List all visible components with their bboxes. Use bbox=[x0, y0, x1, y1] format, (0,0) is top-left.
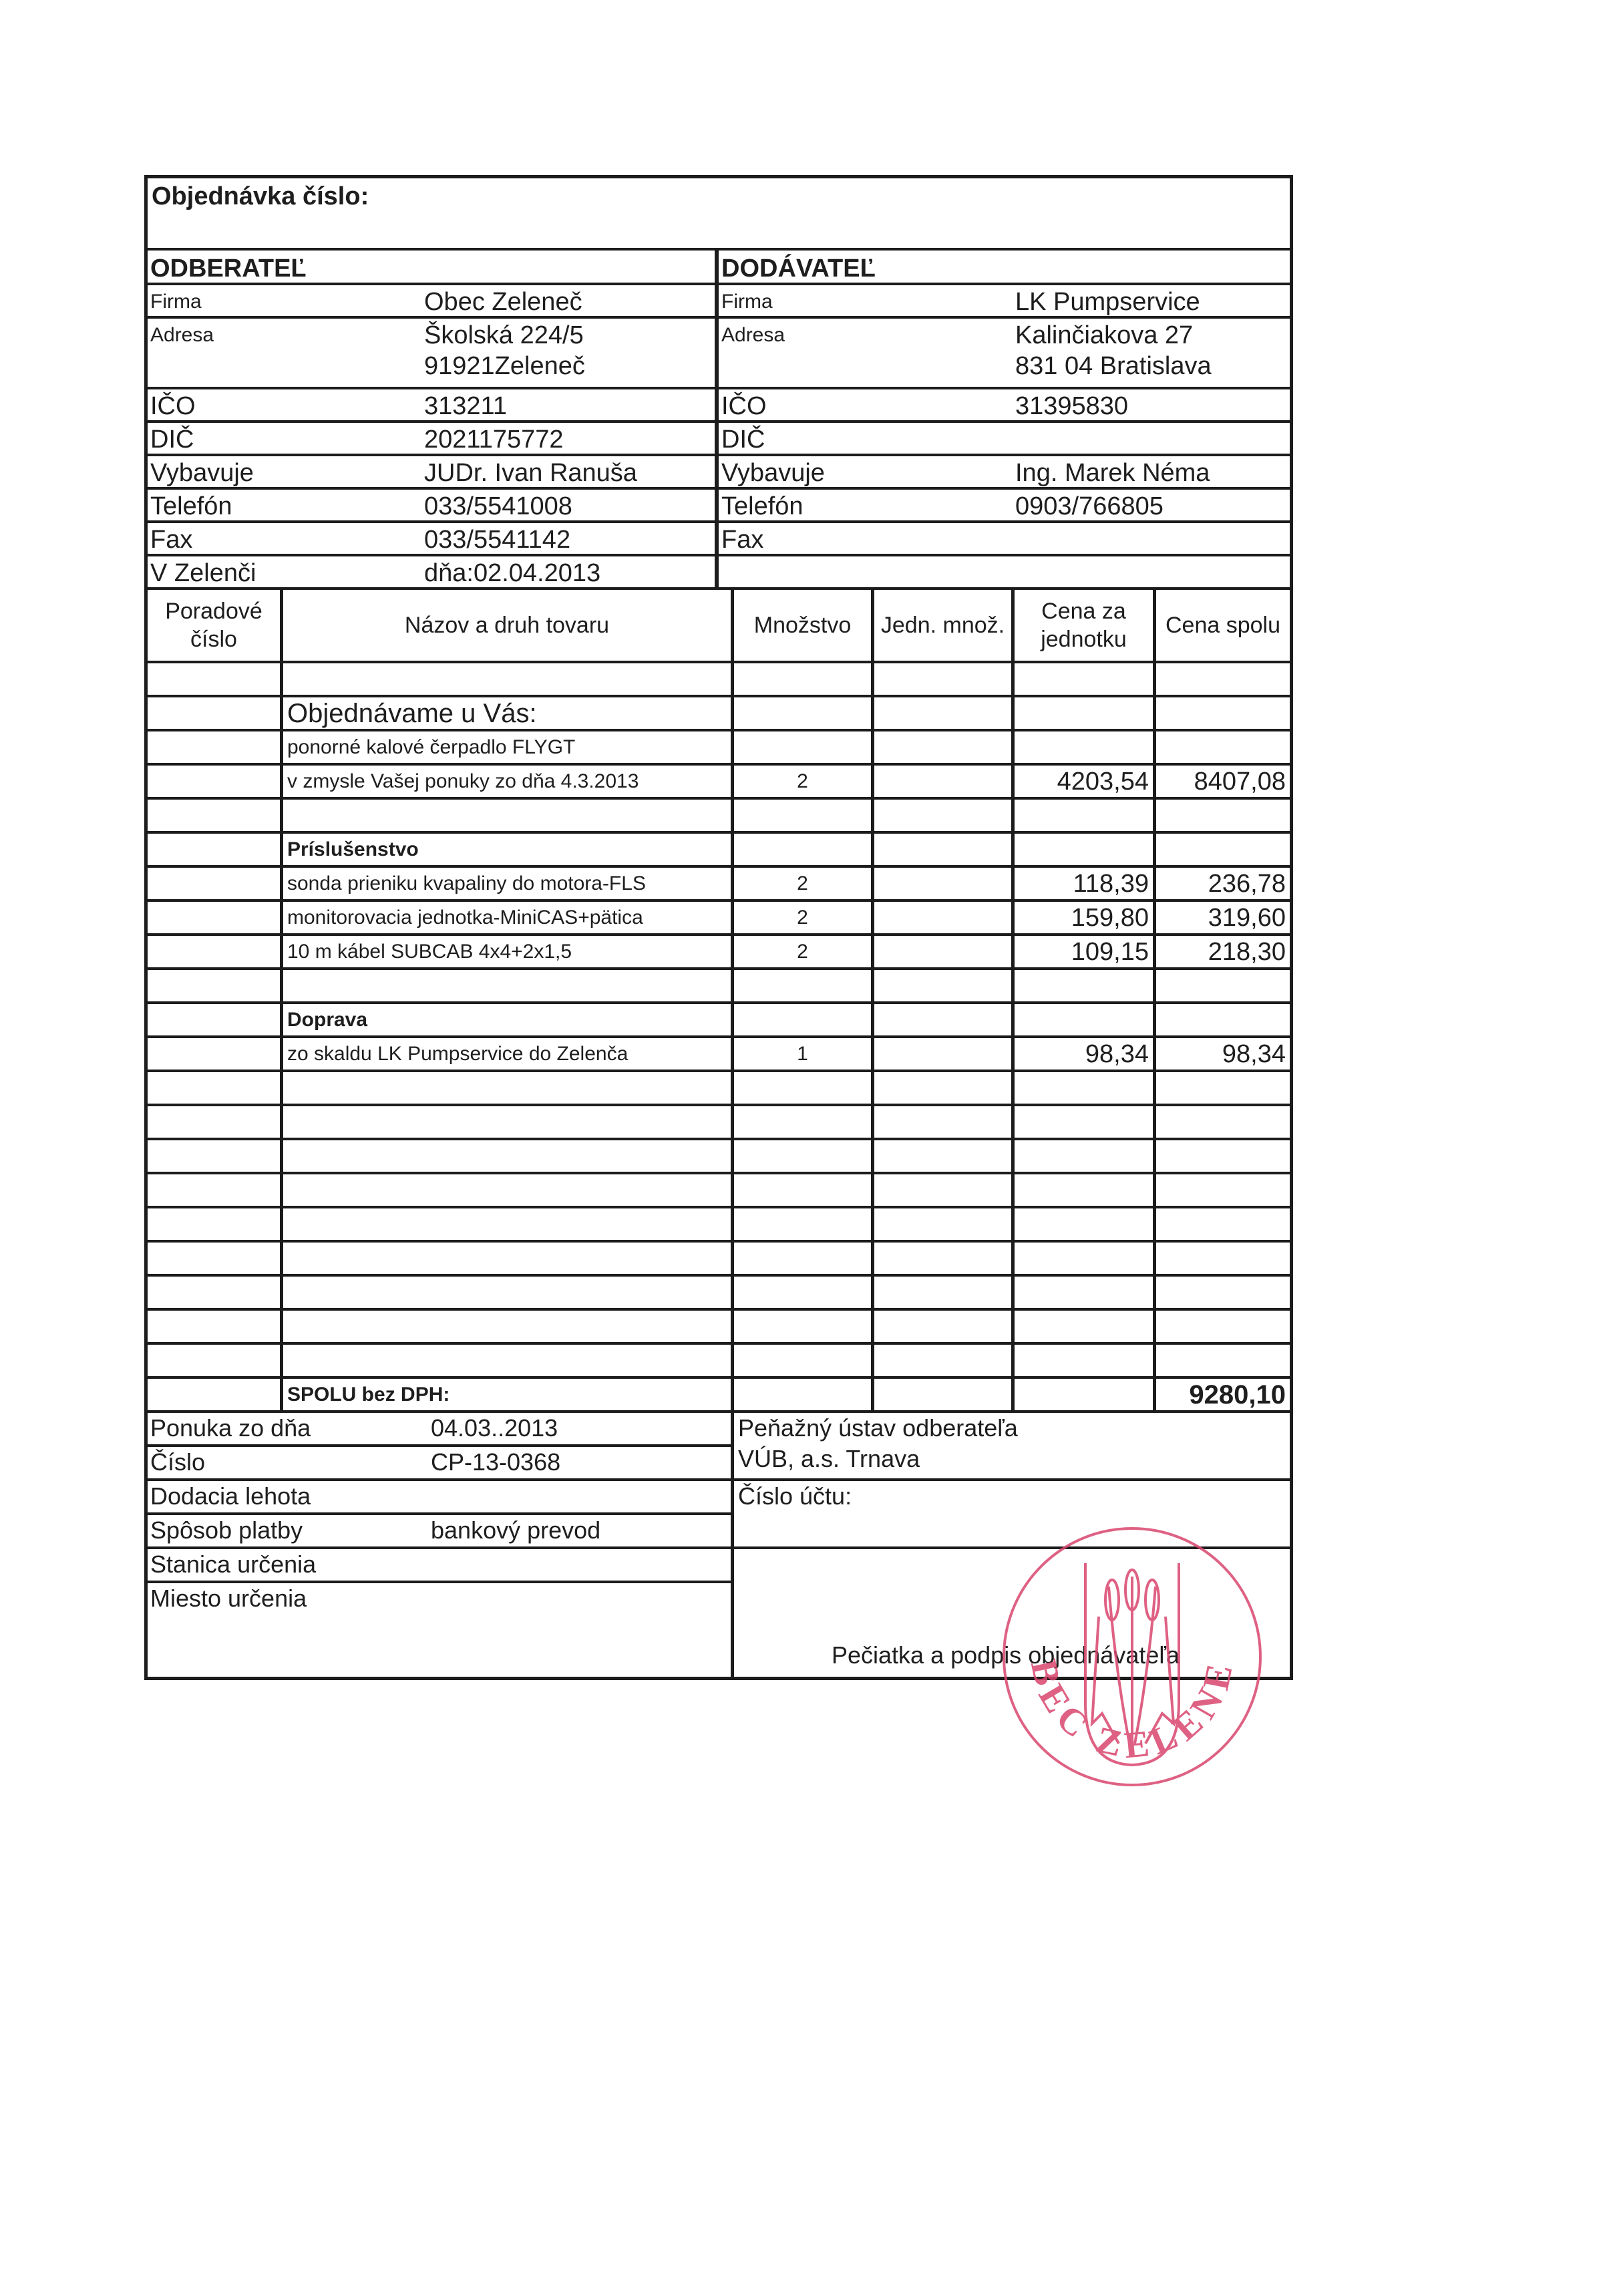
total-price-cell bbox=[1015, 1379, 1156, 1410]
buyer-contact-row: Vybavuje JUDr. Ivan Ranuša bbox=[148, 456, 715, 490]
item-no-cell bbox=[148, 1208, 283, 1240]
signature-label: Pečiatka a podpis objednávateľa bbox=[832, 1640, 1180, 1671]
item-no-cell bbox=[148, 1174, 283, 1206]
item-unit-price-cell bbox=[1015, 731, 1156, 763]
buyer-contact-value: JUDr. Ivan Ranuša bbox=[421, 456, 715, 487]
item-total-cell bbox=[1156, 970, 1290, 1001]
item-no-cell bbox=[148, 766, 283, 797]
supplier-ico-value: 31395830 bbox=[1013, 389, 1290, 420]
item-unit-price-cell: 98,34 bbox=[1015, 1038, 1156, 1070]
item-no-cell bbox=[148, 800, 283, 831]
item-unit-price-cell bbox=[1015, 1208, 1156, 1240]
destination-place-value bbox=[431, 1583, 731, 1677]
item-unit-cell bbox=[874, 800, 1015, 831]
field-label: Spôsob platby bbox=[148, 1515, 431, 1546]
item-unit-price-cell bbox=[1015, 1072, 1156, 1104]
field-label: Fax bbox=[148, 523, 421, 554]
field-label: Firma bbox=[148, 285, 421, 316]
buyer-dic-value: 2021175772 bbox=[421, 423, 715, 454]
item-unit-price-cell bbox=[1015, 1311, 1156, 1342]
col-header-unit: Jedn. množ. bbox=[874, 590, 1015, 661]
item-total-cell bbox=[1156, 1140, 1290, 1172]
item-total-cell bbox=[1156, 663, 1290, 695]
item-qty-cell bbox=[734, 834, 874, 865]
bank-block: Peňažný ústav odberateľa VÚB, a.s. Trnav… bbox=[734, 1413, 1290, 1481]
supplier-heading: DODÁVATEĽ bbox=[719, 251, 1290, 285]
table-row: ponorné kalové čerpadlo FLYGT bbox=[148, 731, 1290, 766]
buyer-block: ODBERATEĽ Firma Obec Zeleneč Adresa Škol… bbox=[148, 251, 719, 590]
supplier-contact-value: Ing. Marek Néma bbox=[1013, 456, 1290, 487]
item-no-cell bbox=[148, 936, 283, 967]
item-no-cell bbox=[148, 1311, 283, 1342]
bank-value: VÚB, a.s. Trnava bbox=[738, 1444, 1290, 1474]
field-label: V Zelenči bbox=[148, 556, 421, 587]
table-row: Objednávame u Vás: bbox=[148, 697, 1290, 731]
item-qty-cell bbox=[734, 800, 874, 831]
field-label: Firma bbox=[719, 285, 1013, 316]
table-row bbox=[148, 1072, 1290, 1106]
payment-method-row: Spôsob platby bankový prevod bbox=[148, 1515, 731, 1549]
order-terms: Ponuka zo dňa 04.03..2013 Číslo CP-13-03… bbox=[148, 1413, 734, 1677]
destination-station-value bbox=[431, 1549, 731, 1581]
item-total-cell: 236,78 bbox=[1156, 868, 1290, 899]
item-qty-cell: 2 bbox=[734, 766, 874, 797]
destination-place-row: Miesto určenia bbox=[148, 1583, 731, 1677]
item-total-cell bbox=[1156, 834, 1290, 865]
item-unit-cell bbox=[874, 1311, 1015, 1342]
buyer-firma-value: Obec Zeleneč bbox=[421, 285, 715, 316]
order-number-label: Objednávka číslo: bbox=[152, 182, 369, 244]
item-name-cell: zo skaldu LK Pumpservice do Zelenča bbox=[283, 1038, 734, 1070]
field-label: Miesto určenia bbox=[148, 1583, 431, 1677]
buyer-date-row: V Zelenči dňa:02.04.2013 bbox=[148, 556, 715, 590]
item-unit-cell bbox=[874, 868, 1015, 899]
offer-number-row: Číslo CP-13-0368 bbox=[148, 1447, 731, 1481]
item-unit-price-cell bbox=[1015, 1174, 1156, 1206]
item-unit-price-cell bbox=[1015, 1140, 1156, 1172]
item-unit-price-cell bbox=[1015, 970, 1156, 1001]
item-unit-cell bbox=[874, 731, 1015, 763]
item-total-cell bbox=[1156, 1311, 1290, 1342]
table-row: sonda prieniku kvapaliny do motora-FLS21… bbox=[148, 868, 1290, 902]
item-name-cell: sonda prieniku kvapaliny do motora-FLS bbox=[283, 868, 734, 899]
col-header-unit-price: Cena za jednotku bbox=[1015, 590, 1156, 661]
field-label: Vybavuje bbox=[148, 456, 421, 487]
order-form: Objednávka číslo: ODBERATEĽ Firma Obec Z… bbox=[144, 175, 1293, 1680]
table-row bbox=[148, 1174, 1290, 1208]
item-qty-cell bbox=[734, 1004, 874, 1035]
item-unit-price-cell bbox=[1015, 697, 1156, 729]
field-label: DIČ bbox=[148, 423, 421, 454]
item-name-cell bbox=[283, 1106, 734, 1138]
field-label: Dodacia lehota bbox=[148, 1481, 431, 1512]
buyer-city: 91921Zeleneč bbox=[424, 351, 712, 381]
supplier-empty-row bbox=[719, 556, 1290, 590]
item-qty-cell bbox=[734, 1311, 874, 1342]
item-total-cell bbox=[1156, 1243, 1290, 1274]
item-unit-cell bbox=[874, 766, 1015, 797]
payment-method-value: bankový prevod bbox=[431, 1515, 731, 1546]
table-row bbox=[148, 1243, 1290, 1277]
item-unit-cell bbox=[874, 1106, 1015, 1138]
item-unit-cell bbox=[874, 936, 1015, 967]
field-label: Adresa bbox=[148, 319, 421, 387]
field-label: IČO bbox=[719, 389, 1013, 420]
item-name-cell: Príslušenstvo bbox=[283, 834, 734, 865]
field-label: Telefón bbox=[719, 490, 1013, 520]
item-qty-cell: 2 bbox=[734, 868, 874, 899]
item-no-cell bbox=[148, 1277, 283, 1308]
item-unit-price-cell bbox=[1015, 1243, 1156, 1274]
col-header-name: Názov a druh tovaru bbox=[283, 590, 734, 661]
item-qty-cell: 2 bbox=[734, 936, 874, 967]
buyer-ico-value: 313211 bbox=[421, 389, 715, 420]
table-row bbox=[148, 663, 1290, 697]
item-qty-cell bbox=[734, 1277, 874, 1308]
item-qty-cell bbox=[734, 1345, 874, 1376]
supplier-firma-value: LK Pumpservice bbox=[1013, 285, 1290, 316]
account-label: Číslo účtu: bbox=[738, 1481, 1290, 1512]
supplier-phone-row: Telefón 0903/766805 bbox=[719, 490, 1290, 523]
item-total-cell bbox=[1156, 1174, 1290, 1206]
item-qty-cell bbox=[734, 1243, 874, 1274]
buyer-address-row: Adresa Školská 224/5 91921Zeleneč bbox=[148, 319, 715, 389]
supplier-ico-row: IČO 31395830 bbox=[719, 389, 1290, 423]
item-unit-cell bbox=[874, 697, 1015, 729]
item-qty-cell bbox=[734, 1208, 874, 1240]
item-name-cell: v zmysle Vašej ponuky zo dňa 4.3.2013 bbox=[283, 766, 734, 797]
item-unit-cell bbox=[874, 902, 1015, 933]
item-name-cell bbox=[283, 1311, 734, 1342]
supplier-fax-row: Fax bbox=[719, 523, 1290, 556]
item-name-cell bbox=[283, 1208, 734, 1240]
item-unit-cell bbox=[874, 1243, 1015, 1274]
parties-section: ODBERATEĽ Firma Obec Zeleneč Adresa Škol… bbox=[148, 251, 1290, 590]
item-unit-price-cell bbox=[1015, 1004, 1156, 1035]
item-unit-price-cell: 4203,54 bbox=[1015, 766, 1156, 797]
table-row bbox=[148, 1311, 1290, 1345]
buyer-phone-value: 033/5541008 bbox=[421, 490, 715, 520]
field-label: DIČ bbox=[719, 423, 1013, 454]
item-total-cell bbox=[1156, 731, 1290, 763]
item-no-cell bbox=[148, 868, 283, 899]
item-unit-cell bbox=[874, 970, 1015, 1001]
total-label: SPOLU bez DPH: bbox=[283, 1379, 734, 1410]
item-qty-cell bbox=[734, 1072, 874, 1104]
item-unit-cell bbox=[874, 1174, 1015, 1206]
items-header: Poradové číslo Názov a druh tovaru Množs… bbox=[148, 590, 1290, 663]
table-row bbox=[148, 1345, 1290, 1379]
item-total-cell bbox=[1156, 1004, 1290, 1035]
item-unit-price-cell bbox=[1015, 1345, 1156, 1376]
table-row: v zmysle Vašej ponuky zo dňa 4.3.2013242… bbox=[148, 766, 1290, 800]
supplier-fax-value bbox=[1013, 523, 1290, 554]
table-row bbox=[148, 970, 1290, 1004]
table-row bbox=[148, 1208, 1290, 1243]
buyer-ico-row: IČO 313211 bbox=[148, 389, 715, 423]
table-row: Doprava bbox=[148, 1004, 1290, 1038]
field-label: Stanica určenia bbox=[148, 1549, 431, 1581]
table-row bbox=[148, 1106, 1290, 1140]
item-qty-cell bbox=[734, 1174, 874, 1206]
delivery-term-row: Dodacia lehota bbox=[148, 1481, 731, 1515]
item-total-cell bbox=[1156, 697, 1290, 729]
item-qty-cell: 2 bbox=[734, 902, 874, 933]
item-name-cell bbox=[283, 1243, 734, 1274]
field-label: Adresa bbox=[719, 319, 1013, 387]
field-label: Telefón bbox=[148, 490, 421, 520]
item-unit-price-cell bbox=[1015, 663, 1156, 695]
item-name-cell bbox=[283, 1072, 734, 1104]
item-no-cell bbox=[148, 1106, 283, 1138]
col-header-no: Poradové číslo bbox=[148, 590, 283, 661]
bank-label: Peňažný ústav odberateľa bbox=[738, 1413, 1290, 1444]
supplier-contact-row: Vybavuje Ing. Marek Néma bbox=[719, 456, 1290, 490]
offer-date-row: Ponuka zo dňa 04.03..2013 bbox=[148, 1413, 731, 1447]
item-total-cell bbox=[1156, 800, 1290, 831]
buyer-phone-row: Telefón 033/5541008 bbox=[148, 490, 715, 523]
item-name-cell bbox=[283, 1174, 734, 1206]
buyer-firma-row: Firma Obec Zeleneč bbox=[148, 285, 715, 319]
item-qty-cell bbox=[734, 970, 874, 1001]
item-total-cell bbox=[1156, 1208, 1290, 1240]
account-block: Číslo účtu: bbox=[734, 1481, 1290, 1549]
supplier-street: Kalinčiakova 27 bbox=[1015, 320, 1287, 351]
field-label: Vybavuje bbox=[719, 456, 1013, 487]
field-label: Fax bbox=[719, 523, 1013, 554]
offer-number-value: CP-13-0368 bbox=[431, 1447, 731, 1478]
total-value: 9280,10 bbox=[1156, 1379, 1290, 1410]
table-row: 10 m kábel SUBCAB 4x4+2x1,52109,15218,30 bbox=[148, 936, 1290, 970]
item-unit-cell bbox=[874, 1277, 1015, 1308]
field-label: Ponuka zo dňa bbox=[148, 1413, 431, 1444]
col-header-total: Cena spolu bbox=[1156, 590, 1290, 661]
item-total-cell: 319,60 bbox=[1156, 902, 1290, 933]
item-unit-price-cell: 109,15 bbox=[1015, 936, 1156, 967]
item-name-cell: Doprava bbox=[283, 1004, 734, 1035]
item-no-cell bbox=[148, 1243, 283, 1274]
table-row: monitorovacia jednotka-MiniCAS+pätica215… bbox=[148, 902, 1290, 936]
item-unit-price-cell bbox=[1015, 1106, 1156, 1138]
item-unit-cell bbox=[874, 1004, 1015, 1035]
supplier-address-row: Adresa Kalinčiakova 27 831 04 Bratislava bbox=[719, 319, 1290, 389]
supplier-dic-value bbox=[1013, 423, 1290, 454]
item-total-cell bbox=[1156, 1345, 1290, 1376]
item-no-cell bbox=[148, 970, 283, 1001]
item-no-cell bbox=[148, 1072, 283, 1104]
total-unit-cell bbox=[874, 1379, 1015, 1410]
item-qty-cell bbox=[734, 663, 874, 695]
table-row: zo skaldu LK Pumpservice do Zelenča198,3… bbox=[148, 1038, 1290, 1072]
buyer-fax-row: Fax 033/5541142 bbox=[148, 523, 715, 556]
bank-and-signature: Peňažný ústav odberateľa VÚB, a.s. Trnav… bbox=[734, 1413, 1290, 1677]
item-name-cell bbox=[283, 1140, 734, 1172]
item-unit-price-cell: 118,39 bbox=[1015, 868, 1156, 899]
item-qty-cell bbox=[734, 697, 874, 729]
item-total-cell bbox=[1156, 1072, 1290, 1104]
item-name-cell bbox=[283, 970, 734, 1001]
item-no-cell bbox=[148, 1345, 283, 1376]
item-no-cell bbox=[148, 731, 283, 763]
delivery-term-value bbox=[431, 1481, 731, 1512]
item-qty-cell bbox=[734, 1106, 874, 1138]
item-unit-price-cell bbox=[1015, 800, 1156, 831]
supplier-block: DODÁVATEĽ Firma LK Pumpservice Adresa Ka… bbox=[719, 251, 1290, 590]
field-label: IČO bbox=[148, 389, 421, 420]
buyer-heading: ODBERATEĽ bbox=[148, 251, 715, 285]
supplier-firma-row: Firma LK Pumpservice bbox=[719, 285, 1290, 319]
total-no-cell bbox=[148, 1379, 283, 1410]
item-qty-cell bbox=[734, 731, 874, 763]
offer-date-value: 04.03..2013 bbox=[431, 1413, 731, 1444]
item-unit-price-cell bbox=[1015, 834, 1156, 865]
item-total-cell: 218,30 bbox=[1156, 936, 1290, 967]
item-total-cell: 98,34 bbox=[1156, 1038, 1290, 1070]
supplier-dic-row: DIČ bbox=[719, 423, 1290, 456]
item-unit-cell bbox=[874, 1208, 1015, 1240]
item-qty-cell: 1 bbox=[734, 1038, 874, 1070]
total-qty-cell bbox=[734, 1379, 874, 1410]
buyer-address-value: Školská 224/5 91921Zeleneč bbox=[421, 319, 715, 387]
table-row bbox=[148, 1140, 1290, 1174]
item-no-cell bbox=[148, 1038, 283, 1070]
items-body: Objednávame u Vás:ponorné kalové čerpadl… bbox=[148, 663, 1290, 1379]
item-name-cell bbox=[283, 800, 734, 831]
item-name-cell: 10 m kábel SUBCAB 4x4+2x1,5 bbox=[283, 936, 734, 967]
item-unit-price-cell: 159,80 bbox=[1015, 902, 1156, 933]
item-total-cell bbox=[1156, 1277, 1290, 1308]
item-no-cell bbox=[148, 1004, 283, 1035]
item-unit-cell bbox=[874, 1038, 1015, 1070]
buyer-street: Školská 224/5 bbox=[424, 320, 712, 351]
order-date-value: dňa:02.04.2013 bbox=[421, 556, 715, 587]
supplier-phone-value: 0903/766805 bbox=[1013, 490, 1290, 520]
item-unit-cell bbox=[874, 1345, 1015, 1376]
table-row bbox=[148, 800, 1290, 834]
destination-station-row: Stanica určenia bbox=[148, 1549, 731, 1583]
col-header-qty: Množstvo bbox=[734, 590, 874, 661]
item-unit-cell bbox=[874, 1072, 1015, 1104]
item-no-cell bbox=[148, 834, 283, 865]
buyer-fax-value: 033/5541142 bbox=[421, 523, 715, 554]
item-name-cell: Objednávame u Vás: bbox=[283, 697, 734, 729]
supplier-address-value: Kalinčiakova 27 831 04 Bratislava bbox=[1013, 319, 1290, 387]
item-unit-cell bbox=[874, 1140, 1015, 1172]
footer-section: Ponuka zo dňa 04.03..2013 Číslo CP-13-03… bbox=[148, 1413, 1290, 1677]
table-row bbox=[148, 1277, 1290, 1311]
table-row: Príslušenstvo bbox=[148, 834, 1290, 868]
item-name-cell bbox=[283, 663, 734, 695]
field-label: Číslo bbox=[148, 1447, 431, 1478]
supplier-city: 831 04 Bratislava bbox=[1015, 351, 1287, 381]
item-no-cell bbox=[148, 663, 283, 695]
item-no-cell bbox=[148, 697, 283, 729]
item-unit-cell bbox=[874, 834, 1015, 865]
item-name-cell: monitorovacia jednotka-MiniCAS+pätica bbox=[283, 902, 734, 933]
buyer-dic-row: DIČ 2021175772 bbox=[148, 423, 715, 456]
item-name-cell: ponorné kalové čerpadlo FLYGT bbox=[283, 731, 734, 763]
item-qty-cell bbox=[734, 1140, 874, 1172]
item-no-cell bbox=[148, 902, 283, 933]
order-number-row: Objednávka číslo: bbox=[148, 178, 1290, 251]
item-total-cell: 8407,08 bbox=[1156, 766, 1290, 797]
item-no-cell bbox=[148, 1140, 283, 1172]
item-name-cell bbox=[283, 1345, 734, 1376]
item-name-cell bbox=[283, 1277, 734, 1308]
item-unit-cell bbox=[874, 663, 1015, 695]
item-unit-price-cell bbox=[1015, 1277, 1156, 1308]
item-total-cell bbox=[1156, 1106, 1290, 1138]
signature-block: Pečiatka a podpis objednávateľa bbox=[734, 1549, 1290, 1675]
total-row: SPOLU bez DPH: 9280,10 bbox=[148, 1379, 1290, 1413]
